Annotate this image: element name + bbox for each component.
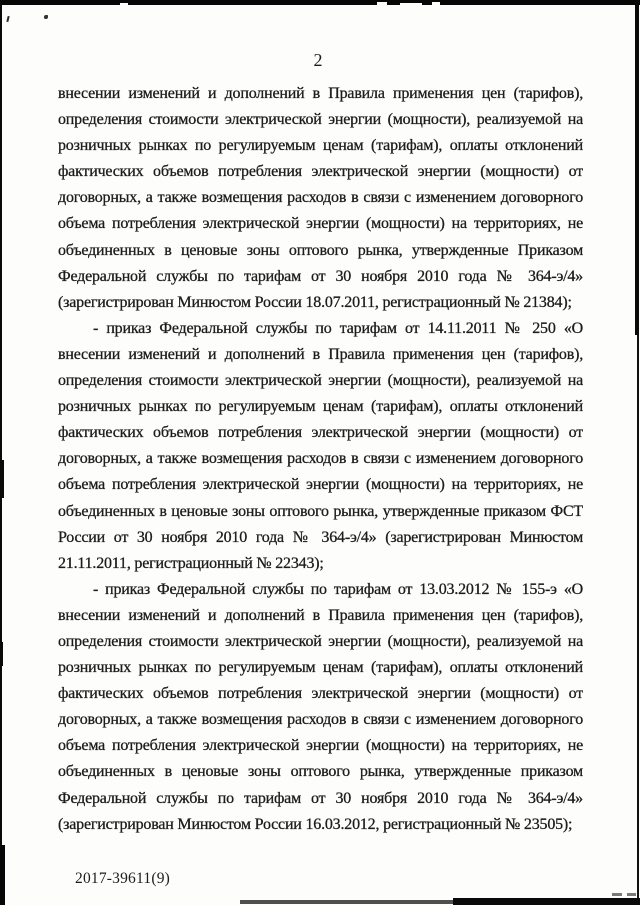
scan-edge-left [0, 0, 2, 905]
paragraph-2: - приказ Федеральной службы по тарифам о… [58, 316, 583, 577]
text-line: договорных, а также возмещения расходов … [58, 446, 583, 472]
text-line: внесении изменений и дополнений в Правил… [58, 81, 583, 107]
scan-edge-top [0, 0, 640, 5]
text-line: договорных, а также возмещения расходов … [58, 707, 583, 733]
text-line: (зарегистрирован Минюстом России 18.07.2… [58, 290, 583, 316]
text-line: фактических объемов потребления электрич… [58, 159, 583, 185]
text-line: фактических объемов потребления электрич… [58, 681, 583, 707]
text-line: Федеральной службы по тарифам от 30 нояб… [58, 786, 583, 812]
text-line: - приказ Федеральной службы по тарифам о… [58, 577, 583, 603]
text-line: объединенных в ценовые зоны оптового рын… [58, 759, 583, 785]
scan-artifact [0, 642, 3, 666]
text-line: 21.11.2011, регистрационный № 22343); [58, 551, 583, 577]
document-code: 2017-39611(9) [75, 870, 170, 888]
scan-speck [44, 15, 48, 19]
text-line: - приказ Федеральной службы по тарифам о… [58, 316, 583, 342]
scan-edge-gap [377, 2, 387, 5]
text-line: розничных рынках по регулируемым ценам (… [58, 655, 583, 681]
scan-edge-bottom [240, 900, 455, 904]
scan-edge-bottom [453, 898, 640, 905]
text-line: определения стоимости электрической энер… [58, 107, 583, 133]
text-line: Федеральной службы по тарифам от 30 нояб… [58, 264, 583, 290]
text-line: объединенных в ценовые зоны оптового рын… [58, 238, 583, 264]
text-line: договорных, а также возмещения расходов … [58, 185, 583, 211]
scan-artifact [0, 845, 5, 905]
document-body: внесении изменений и дополнений в Правил… [58, 81, 583, 838]
text-line: (зарегистрирован Минюстом России 16.03.2… [58, 812, 583, 838]
text-line: определения стоимости электрической энер… [58, 629, 583, 655]
text-line: определения стоимости электрической энер… [58, 368, 583, 394]
text-line: объединенных в ценовые зоны оптового рын… [58, 499, 583, 525]
text-line: фактических объемов потребления электрич… [58, 420, 583, 446]
text-line: объема потребления электрической энергии… [58, 472, 583, 498]
text-line: объема потребления электрической энергии… [58, 211, 583, 237]
page-number: 2 [0, 50, 636, 71]
text-line: розничных рынках по регулируемым ценам (… [58, 133, 583, 159]
text-line: внесении изменений и дополнений в Правил… [58, 603, 583, 629]
scan-artifact [612, 893, 622, 896]
text-line: России от 30 ноября 2010 года № 364-э/4»… [58, 525, 583, 551]
scan-artifact [627, 893, 636, 896]
paragraph-1: внесении изменений и дополнений в Правил… [58, 81, 583, 316]
scanned-page: 2 внесении изменений и дополнений в Прав… [0, 0, 640, 905]
scan-artifact [0, 460, 4, 498]
scan-edge-gap [400, 3, 422, 5]
scan-speck [6, 16, 9, 22]
text-line: внесении изменений и дополнений в Правил… [58, 342, 583, 368]
paragraph-3: - приказ Федеральной службы по тарифам о… [58, 577, 583, 838]
scan-edge-gap [432, 2, 440, 5]
text-line: объема потребления электрической энергии… [58, 733, 583, 759]
scan-edge-gap [120, 3, 128, 5]
text-line: розничных рынках по регулируемым ценам (… [58, 394, 583, 420]
